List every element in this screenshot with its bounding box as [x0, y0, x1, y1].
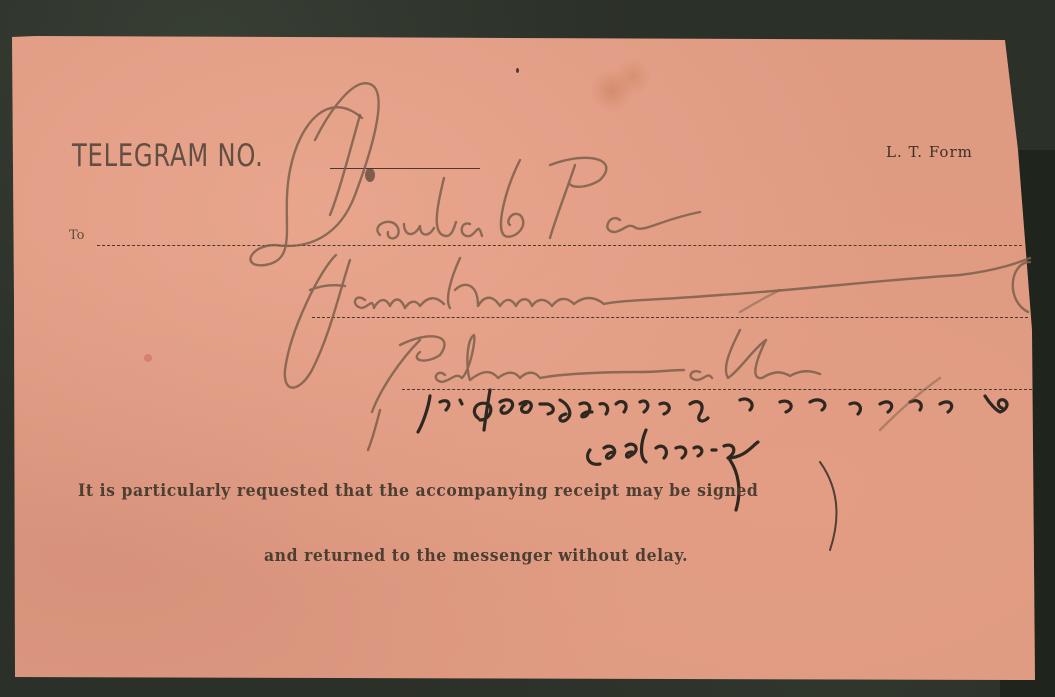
- form-code: L. T. Form: [886, 143, 973, 161]
- to-label: To: [69, 228, 85, 243]
- notice-line-2: and returned to the messenger without de…: [264, 546, 688, 566]
- red-spot: [144, 354, 152, 362]
- telegram-number-line: [330, 168, 480, 169]
- address-line-2: [312, 317, 1028, 318]
- dot-mark: [516, 68, 519, 73]
- address-line-3: [402, 389, 1032, 390]
- telegram-form: TELEGRAM NO. L. T. Form To It is particu…: [0, 0, 1055, 697]
- telegram-number-label: TELEGRAM NO.: [72, 138, 264, 174]
- ink-blot: [365, 168, 375, 182]
- paper-sheet: [0, 0, 1055, 697]
- notice-line-1: It is particularly requested that the ac…: [78, 481, 758, 501]
- address-line-1: [97, 245, 1022, 246]
